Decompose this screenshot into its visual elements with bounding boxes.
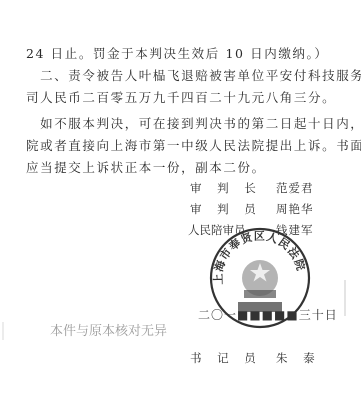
judgment-date: 二〇一■■■■■三十日 [198, 306, 338, 323]
signature-name-presiding-judge: 范爱君 [276, 180, 314, 196]
signature-role-judge: 审 判 员 [190, 201, 262, 217]
signature-role-clerk: 书 记 员 [190, 350, 262, 366]
signature-name-judge: 周艳华 [276, 201, 314, 217]
signature-name-clerk: 朱 泰 [276, 350, 321, 366]
scan-artifact [2, 322, 4, 340]
paragraph-line-3: 司人民币二百零五万九千四百二十九元八角三分。 [26, 88, 336, 106]
paragraph-line-2: 二、责令被告人叶榀飞退赔被害单位平安付科技服务有限公 [26, 66, 361, 84]
signature-role-presiding-judge: 审 判 长 [190, 180, 262, 196]
paragraph-line-1: 24 日止。罚金于本判决生效后 10 日内缴纳。） [26, 44, 328, 62]
paragraph-line-6: 应当提交上诉状正本一份，副本二份。 [26, 158, 266, 176]
verification-stamp: 本件与原本核对无异 [50, 320, 167, 339]
scan-artifact [344, 280, 346, 316]
paragraph-line-4: 如不服本判决，可在接到判决书的第二日起十日内，通过本 [26, 114, 361, 132]
paragraph-line-5: 院或者直接向上海市第一中级人民法院提出上诉。书面上诉的， [26, 136, 361, 154]
